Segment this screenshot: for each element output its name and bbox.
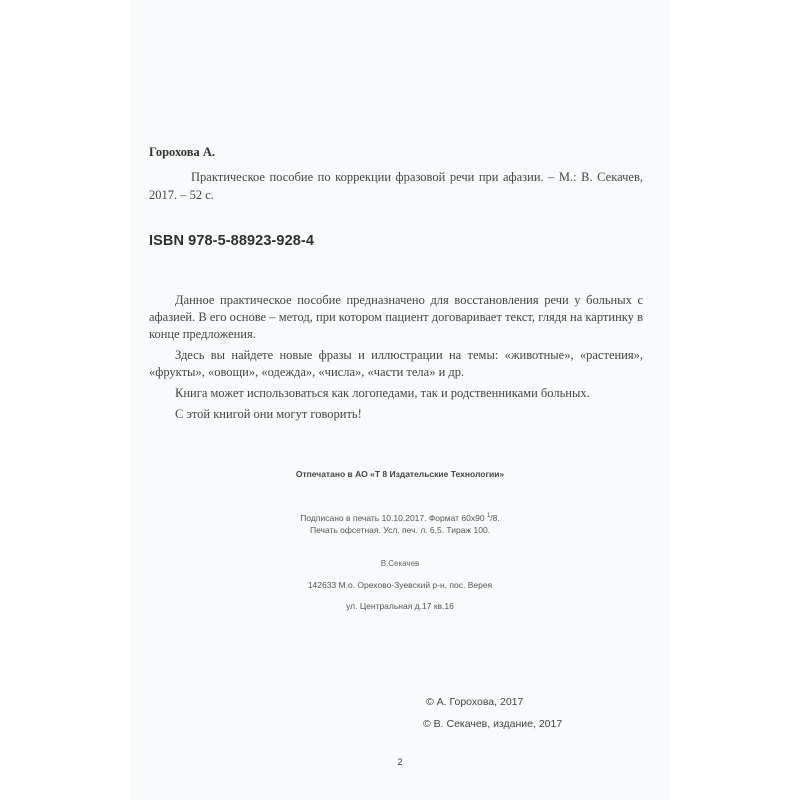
document-page: Горохова А. Практическое пособие по корр… [133,0,667,800]
publisher-address-line-2: ул. Центральная д.17 кв.16 [133,601,667,611]
copyright-author: © А. Горохова, 2017 [426,696,523,708]
annotation-paragraph: С этой книгой они могут говорить! [149,406,643,423]
isbn: ISBN 978-5-88923-928-4 [149,233,314,249]
publisher-name: В.Секачев [133,559,667,568]
imprint-print-line: Печать офсетная. Усл. печ. л. 6,5. Тираж… [133,524,667,536]
copyright-publisher: © В. Секачев, издание, 2017 [423,718,562,730]
imprint-block: Подписано в печать 10.10.2017. Формат 60… [133,510,667,536]
imprint-signed-line: Подписано в печать 10.10.2017. Формат 60… [133,510,667,524]
annotation: Данное практическое пособие предназначен… [149,292,643,427]
imprint-signed-text: Подписано в печать 10.10.2017. Формат 60… [300,513,487,523]
printer-line: Отпечатано в АО «Т 8 Издательские Технол… [133,469,667,479]
annotation-paragraph: Данное практическое пособие предназначен… [149,292,643,343]
annotation-paragraph: Книга может использоваться как логопедам… [149,385,643,402]
annotation-paragraph: Здесь вы найдете новые фразы и иллюстрац… [149,347,643,381]
publisher-address-line-1: 142633 М.о. Орехово-Зуевский р-н, пос. В… [133,580,667,590]
author-name: Горохова А. [149,145,215,160]
bibliographic-entry: Практическое пособие по коррекции фразов… [149,168,643,204]
format-denominator: /8. [490,513,499,523]
page-number: 2 [133,757,667,767]
